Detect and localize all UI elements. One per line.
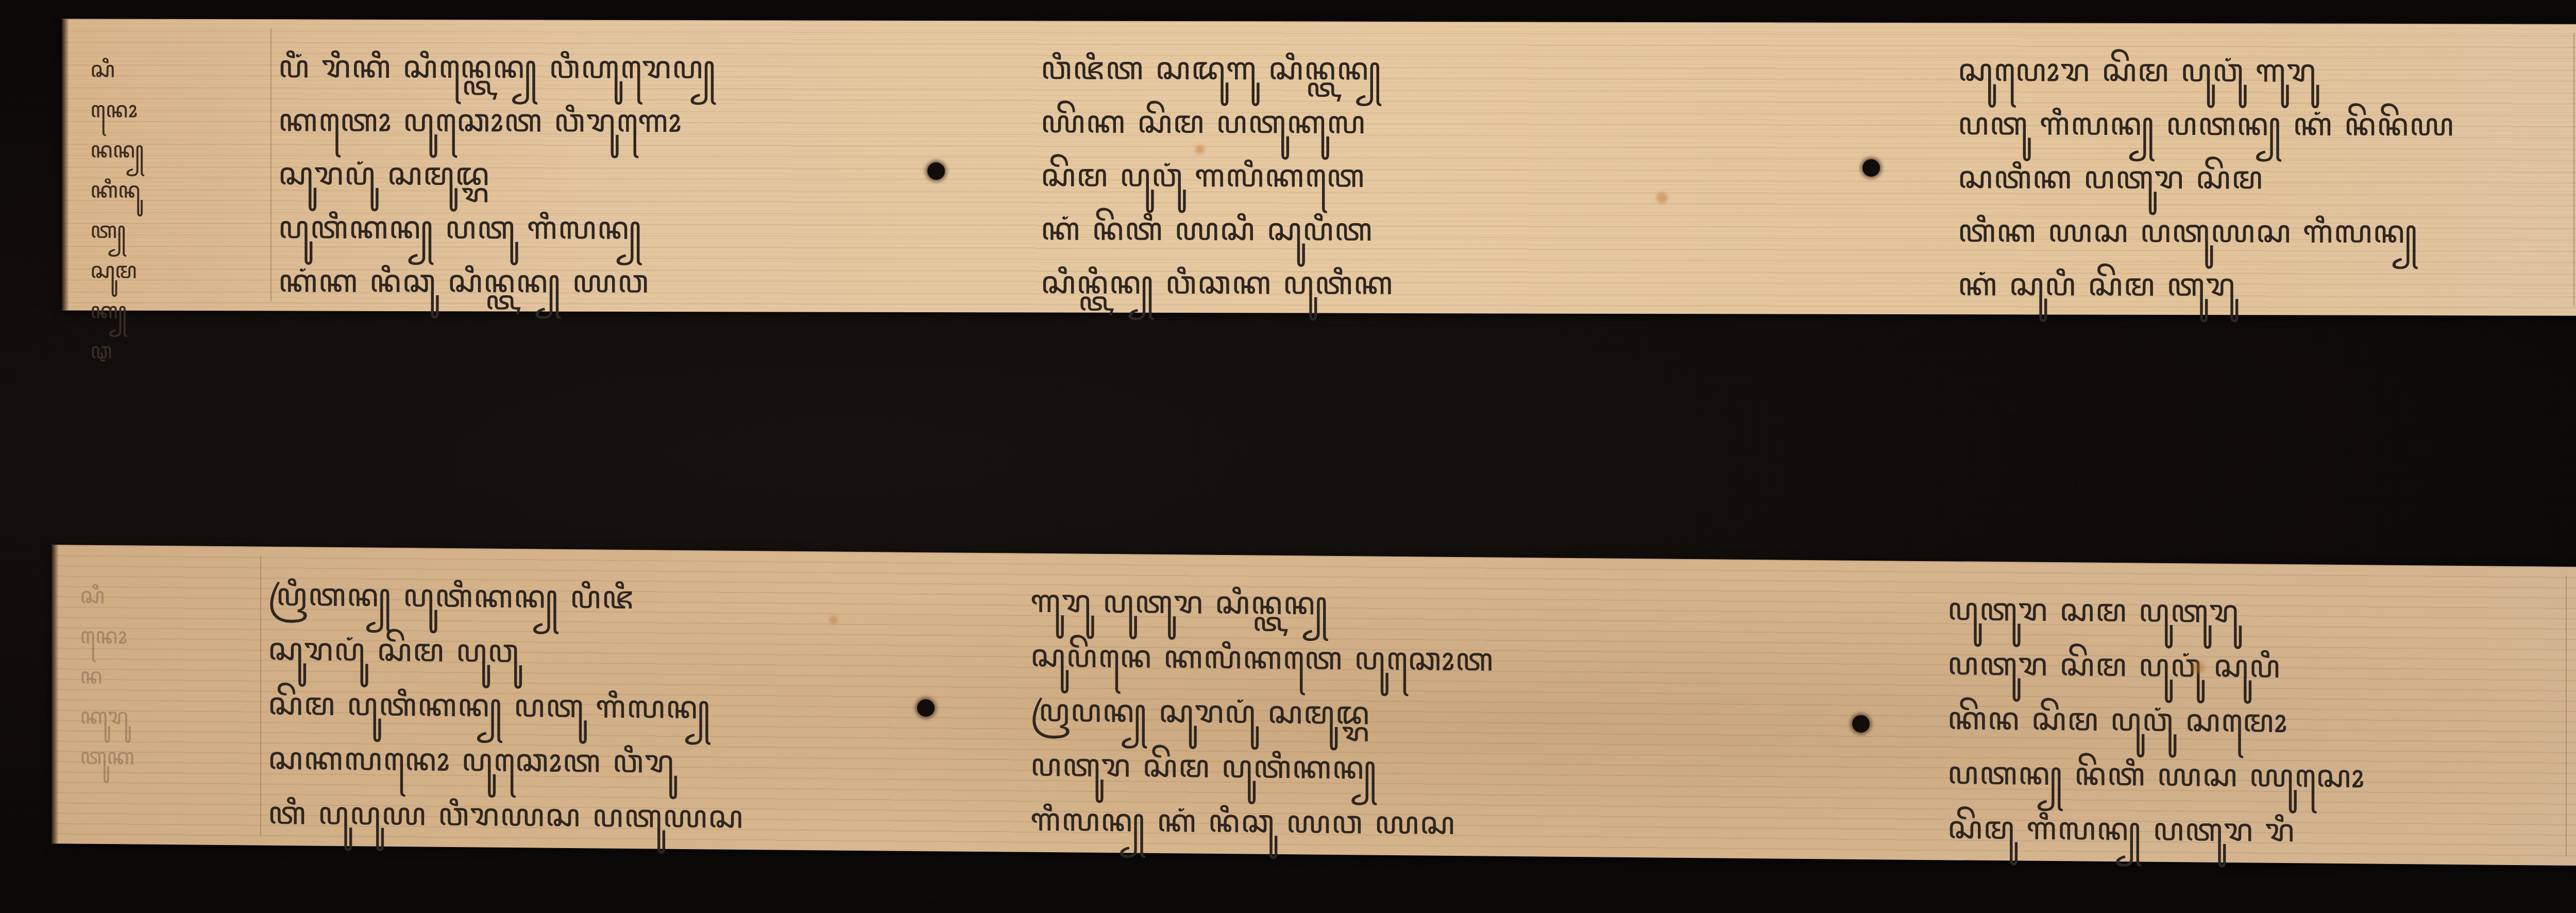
- text-column-1: ꦥꦶꦁ ꦫꦶꦏꦶ ꦱꦶꦤ꧀ꦠꦺꦤ꧀ ꦮꦶꦲꦸꦫꦺꦥ꧀ ꦏꦠꦺꦴ ꦥꦸꦕꦺꦴꦠ ꦮ…: [278, 40, 716, 309]
- text-column-3: ꦱꦸꦥꦺꦴꦫ ꦱꦼꦩ ꦥꦸꦮꦸꦁ ꦒꦸꦫꦸ ꦥꦠꦸ ꦒꦶꦭꦤ꧀ ꦥꦠꦤ꧀ ꦏꦁ …: [1958, 43, 2454, 312]
- script-line: ꦏꦁꦏ ꦤꦶꦕꦸ ꦱꦶꦤ꧀ꦠꦤ꧀ ꦪꦮ: [278, 254, 716, 309]
- margin-line: ꦏꦸꦫꦸ: [80, 697, 142, 737]
- script-line: ꦥꦶꦁ ꦫꦶꦏꦶ ꦱꦶꦤ꧀ꦠꦺꦤ꧀ ꦮꦶꦲꦸꦫꦺꦥ꧀: [278, 40, 716, 94]
- script-line: ꦥꦿꦥꦤ꧀ ꦱꦸꦫꦥꦸꦁ ꦱꦩꦸꦢ꧀ꦫ: [1030, 683, 1494, 742]
- script-line: ꦥꦿꦶꦠꦤ꧀ ꦥꦸꦠꦶꦏꦤ꧀ ꦥꦶꦗꦶ: [268, 567, 744, 626]
- text-column-1: ꦥꦿꦶꦠꦤ꧀ ꦥꦸꦠꦶꦏꦤ꧀ ꦥꦶꦗꦶ ꦱꦸꦫꦥꦸꦁ ꦱꦼꦩ ꦥꦸꦮꦸ ꦱꦼꦩ …: [268, 567, 744, 844]
- script-line: ꦠꦶꦏ ꦪꦱ ꦥꦠꦸꦪꦱ ꦒꦶꦭꦤ꧀: [1958, 204, 2454, 259]
- margin-rule-left: [270, 28, 272, 301]
- script-line: ꦱꦸꦥꦺꦴꦫ ꦱꦼꦩ ꦥꦸꦮꦸꦁ ꦒꦸꦫꦸ: [1958, 43, 2454, 98]
- script-line: ꦏꦼꦤ ꦱꦼꦩ ꦥꦸꦮꦸꦁ ꦱꦩꦺꦴ: [1947, 691, 2365, 749]
- script-line: ꦥꦸꦠꦸꦫ ꦱꦩ ꦥꦸꦠꦸꦫꦸ: [1947, 582, 2365, 640]
- leaf-edge-left: [62, 19, 69, 311]
- binding-hole: [1852, 715, 1870, 733]
- text-column-2: ꦒꦸꦫꦸ ꦥꦸꦠꦸꦫ ꦱꦶꦤ꧀ꦠꦤ꧀ ꦱꦸꦥꦼꦤꦺ ꦏꦭꦶꦏꦠꦺ ꦥꦸꦕꦺꦴꦠ …: [1030, 574, 1494, 851]
- margin-annotation-faded: ꦱꦶꦤꦺꦴꦤ ꦏꦸꦫꦸ ꦠꦸꦏ: [80, 576, 142, 777]
- script-line: ꦱꦼꦩ ꦥꦸꦠꦶꦏꦤ꧀ ꦥꦠꦸ ꦒꦶꦭꦤ꧀: [268, 677, 744, 735]
- foxing-stain: [2192, 662, 2205, 674]
- margin-rule-right: [2573, 33, 2574, 307]
- script-line: ꦏꦁ ꦱꦸꦥꦶ ꦱꦼꦩ ꦠꦸꦫꦸ: [1958, 258, 2454, 312]
- script-line: ꦏꦠꦺꦴ ꦥꦸꦕꦺꦴꦠ ꦮꦶꦫꦸꦒꦺꦴ: [278, 93, 716, 148]
- palm-leaf-folio-top: ꦱꦶꦤꦺꦴꦤꦤ꧀ ꦏꦶꦤꦸꦠ꧀ ꦱꦸꦩꦏ꧀ ꦡ ꦥꦶꦁ ꦫꦶꦏꦶ ꦱꦶꦤ꧀ꦠꦺꦤ…: [62, 19, 2576, 316]
- binding-hole: [917, 699, 935, 717]
- script-line: ꦪꦼꦏ ꦱꦼꦩ ꦥꦠꦸꦏꦸꦭ: [1041, 95, 1394, 149]
- margin-rule-right: [2566, 576, 2567, 856]
- script-line: ꦥꦠꦤ꧀ ꦤꦼꦠꦶ ꦪꦱ ꦪꦸꦱꦺꦴ: [1947, 746, 2365, 804]
- text-column-3: ꦥꦸꦠꦸꦫ ꦱꦩ ꦥꦸꦠꦸꦫꦸ ꦥꦠꦸꦫ ꦱꦼꦩ ꦥꦸꦮꦸꦁ ꦱꦸꦥꦶ ꦏꦼꦤ …: [1947, 582, 2365, 858]
- script-line: ꦱꦠꦶꦏ ꦥꦠꦸꦫ ꦱꦼꦩ: [1958, 150, 2454, 205]
- script-line: ꦱꦸꦫꦥꦸꦁ ꦱꦼꦩ ꦥꦸꦮꦸ: [268, 622, 744, 681]
- binding-hole: [927, 162, 945, 180]
- foxing-stain: [1656, 192, 1668, 204]
- palm-leaf-folio-bottom: ꦱꦶꦤꦺꦴꦤ ꦏꦸꦫꦸ ꦠꦸꦏ ꦥꦿꦶꦠꦤ꧀ ꦥꦸꦠꦶꦏꦤ꧀ ꦥꦶꦗꦶ ꦱꦸꦫꦥ…: [52, 545, 2576, 867]
- script-line: ꦒꦸꦫꦸ ꦥꦸꦠꦸꦫ ꦱꦶꦤ꧀ꦠꦤ꧀: [1030, 574, 1494, 633]
- script-line: ꦏꦁ ꦤꦼꦠꦶ ꦪꦱꦶ ꦱꦸꦥꦶꦠ: [1041, 202, 1394, 257]
- margin-line: ꦱꦶꦤꦺꦴꦤꦤ꧀: [90, 50, 152, 171]
- margin-line: ꦱꦶꦤꦺꦴꦤ: [80, 576, 142, 697]
- foxing-stain: [1195, 145, 1205, 154]
- foxing-stain: [829, 616, 838, 624]
- margin-line: ꦠꦸꦏ: [80, 737, 142, 777]
- script-line: ꦱꦼꦩ ꦥꦸꦮꦸꦁ ꦒꦭꦶꦏꦠꦺ: [1041, 149, 1394, 203]
- script-line: ꦥꦠꦸꦫ ꦱꦼꦩ ꦥꦸꦠꦶꦏꦤ꧀: [1030, 738, 1494, 797]
- binding-hole: [1862, 159, 1880, 177]
- script-line: ꦮꦶꦗꦶꦠ ꦱꦢꦸꦒꦸ ꦱꦶꦤ꧀ꦠꦤ꧀: [1041, 42, 1394, 96]
- margin-line: ꦏꦶꦤꦸꦠ꧀: [90, 171, 152, 251]
- script-line: ꦱꦸꦫꦥꦸꦁ ꦱꦩꦸꦢ꧀ꦫ: [278, 147, 716, 201]
- margin-rule-left: [260, 556, 261, 836]
- script-line: ꦱꦶꦤ꧀ꦠꦶꦤ꧀ ꦮꦶꦕꦏ ꦥꦸꦠꦶꦏ: [1041, 256, 1394, 310]
- script-line: ꦥꦸꦠꦶꦏꦤ꧀ ꦥꦠꦸ ꦒꦶꦭꦤ꧀: [278, 200, 716, 255]
- script-line: ꦥꦠꦸ ꦒꦶꦭꦤ꧀ ꦥꦠꦤ꧀ ꦏꦁ ꦤꦼꦤꦼꦪ: [1958, 97, 2454, 151]
- margin-line: ꦡ: [90, 331, 152, 371]
- margin-line: ꦱꦸꦩꦏ꧀: [90, 251, 152, 331]
- script-line: ꦒꦶꦭꦤ꧀ ꦏꦁ ꦤꦶꦕꦸ ꦪꦮ ꦪꦱ: [1030, 792, 1494, 851]
- script-line: ꦱꦏꦭꦤꦺꦴ ꦥꦸꦕꦺꦴꦠ ꦮꦶꦫꦸ: [268, 731, 744, 790]
- margin-annotation: ꦱꦶꦤꦺꦴꦤꦤ꧀ ꦏꦶꦤꦸꦠ꧀ ꦱꦸꦩꦏ꧀ ꦡ: [90, 50, 152, 371]
- script-line: ꦱꦸꦥꦼꦤꦺ ꦏꦭꦶꦏꦠꦺ ꦥꦸꦕꦺꦴꦠ: [1030, 629, 1494, 687]
- script-line: ꦱꦼꦩꦸ ꦒꦶꦭꦤ꧀ ꦥꦠꦸꦫ ꦫꦶ: [1947, 800, 2365, 858]
- text-column-2: ꦮꦶꦗꦶꦠ ꦱꦢꦸꦒꦸ ꦱꦶꦤ꧀ꦠꦤ꧀ ꦪꦼꦏ ꦱꦼꦩ ꦥꦠꦸꦏꦸꦭ ꦱꦼꦩ ꦥ…: [1041, 42, 1394, 310]
- script-line: ꦥꦠꦸꦫ ꦱꦼꦩ ꦥꦸꦮꦸꦁ ꦱꦸꦥꦶ: [1947, 636, 2365, 695]
- script-line: ꦠꦶ ꦥꦸꦥꦸꦪ ꦮꦶꦫꦪꦱ ꦥꦠꦸꦪꦱ: [268, 786, 744, 844]
- leaf-edge-left: [52, 545, 59, 843]
